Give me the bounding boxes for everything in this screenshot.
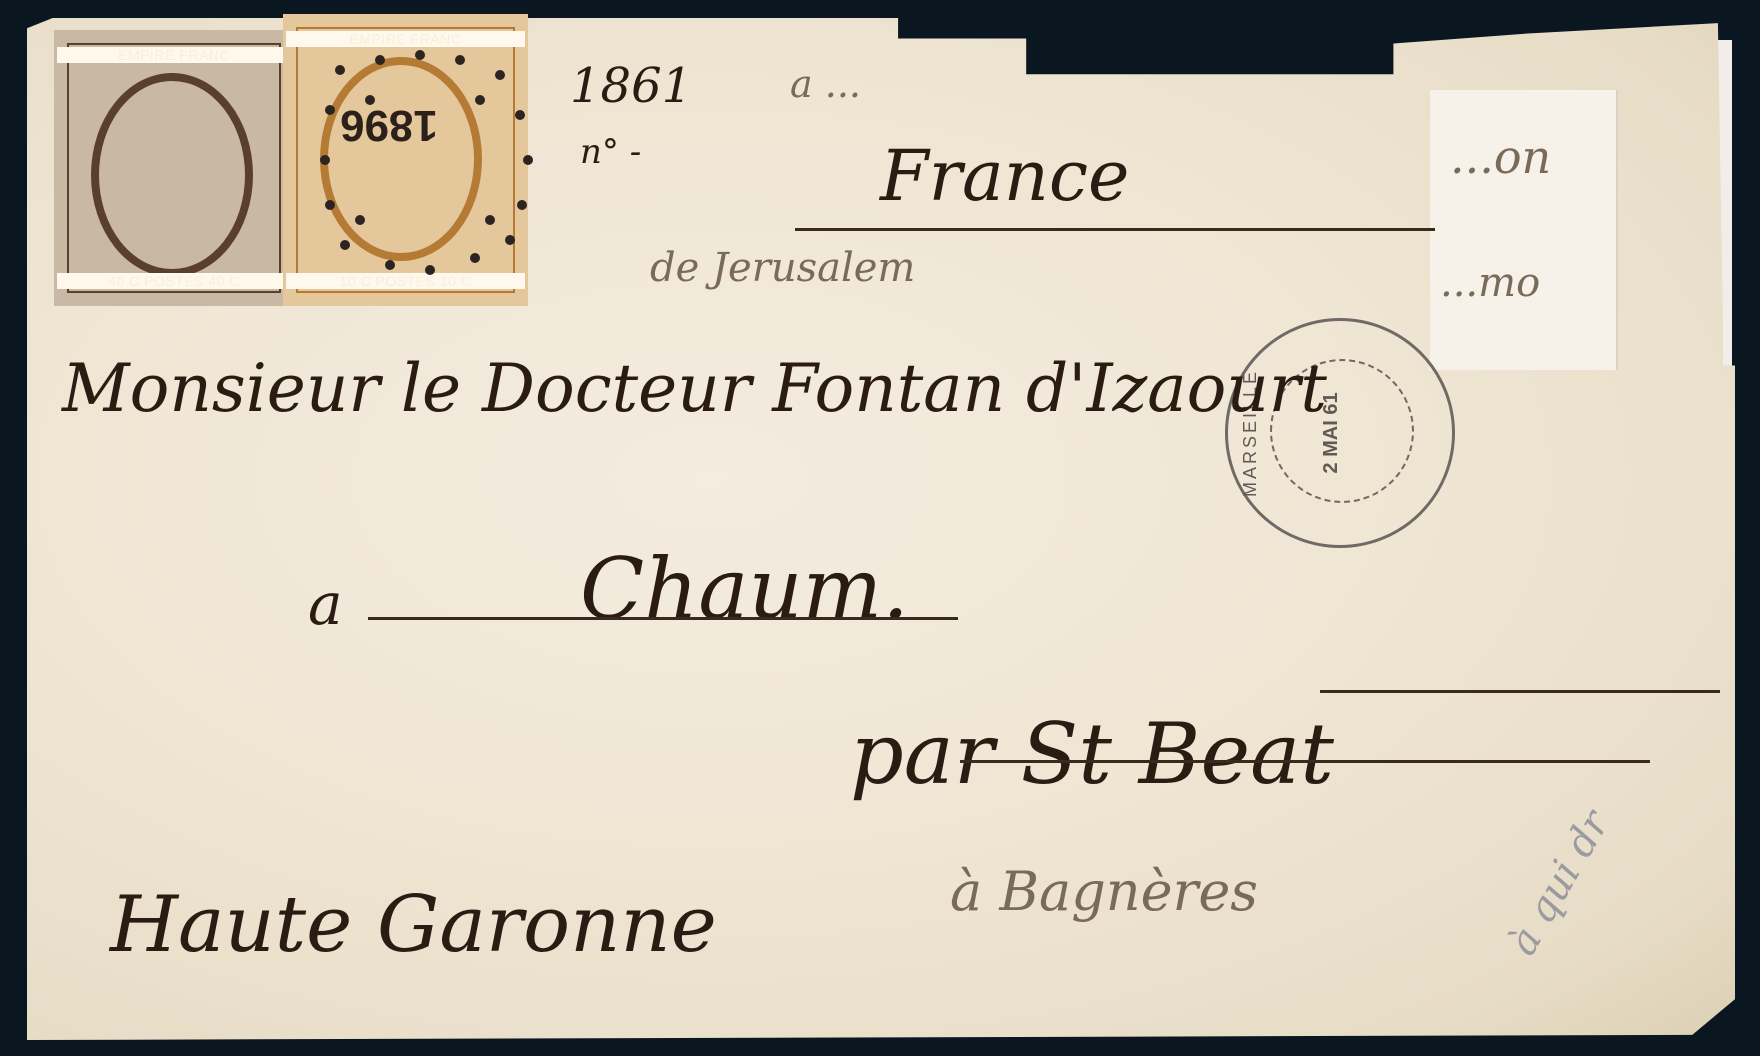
address-place-struck: Chaum. xyxy=(580,540,909,638)
address-line-4: Haute Garonne xyxy=(110,880,717,970)
address-prefix: a xyxy=(308,570,343,638)
address-line-1: Monsieur le Docteur Fontan d'Izaourt xyxy=(62,350,1327,427)
stamp-40c: EMPIRE FRANC 40 C POSTES 40 C xyxy=(54,30,294,306)
strikethrough-st-beat xyxy=(960,760,1650,763)
strikethrough-upper xyxy=(1320,690,1720,693)
strikethrough-chaum xyxy=(368,617,958,620)
route-note: de Jerusalem xyxy=(650,245,915,291)
address-line-3: par St Beat xyxy=(850,705,1334,803)
route-underline xyxy=(795,228,1435,231)
insert-fragment-2: ...mo xyxy=(1440,260,1540,306)
top-note: a ... xyxy=(790,62,861,106)
stamp-portrait-oval xyxy=(91,73,253,277)
route-france: France xyxy=(880,135,1129,217)
year-note: 1861 xyxy=(570,58,692,114)
dotted-cancel-icon xyxy=(300,30,540,290)
number-note: n° - xyxy=(580,132,641,172)
stamp-bottom-text: 40 C POSTES 40 C xyxy=(57,273,291,289)
insert-fragment-1: ...on xyxy=(1450,130,1551,184)
redirect-note: à Bagnères xyxy=(950,860,1258,923)
cancel-numeral: 1896 xyxy=(340,100,438,150)
stamp-top-text: EMPIRE FRANC xyxy=(57,47,291,63)
